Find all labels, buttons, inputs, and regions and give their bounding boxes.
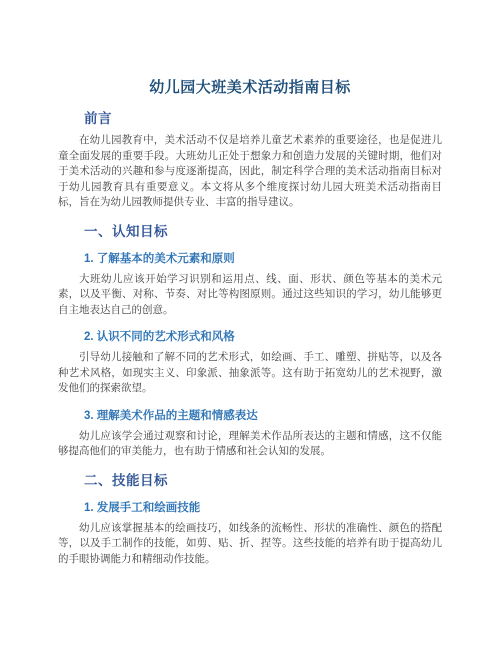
paragraph-handcraft-drawing-skills: 幼儿应该掌握基本的绘画技巧，如线条的流畅性、形状的准确性、颜色的搭配等，以及手工… <box>58 521 442 568</box>
paragraph-art-forms-styles: 引导幼儿接触和了解不同的艺术形式，如绘画、手工、雕塑、拼贴等，以及各种艺术风格，… <box>58 350 442 397</box>
paragraph-theme-emotion-expression: 幼儿应该学会通过观察和讨论，理解美术作品所表达的主题和情感，这不仅能够提高他们的… <box>58 429 442 460</box>
document-title: 幼儿园大班美术活动指南目标 <box>58 78 442 98</box>
subheading-art-forms-styles: 2. 认识不同的艺术形式和风格 <box>84 330 442 345</box>
section-heading-preface: 前言 <box>84 110 442 127</box>
paragraph-art-elements-principles: 大班幼儿应该开始学习识别和运用点、线、面、形状、颜色等基本的美术元素，以及平衡、… <box>58 272 442 319</box>
subheading-theme-emotion-expression: 3. 理解美术作品的主题和情感表达 <box>84 409 442 424</box>
section-heading-skill-goals: 二、技能目标 <box>84 472 442 489</box>
section-heading-cognitive-goals: 一、认知目标 <box>84 223 442 240</box>
document-page: 幼儿园大班美术活动指南目标 前言 在幼儿园教育中，美术活动不仅是培养儿童艺术素养… <box>0 0 500 647</box>
paragraph-preface: 在幼儿园教育中，美术活动不仅是培养儿童艺术素养的重要途径，也是促进儿童全面发展的… <box>58 133 442 211</box>
subheading-handcraft-drawing-skills: 1. 发展手工和绘画技能 <box>84 501 442 516</box>
subheading-art-elements-principles: 1. 了解基本的美术元素和原则 <box>84 252 442 267</box>
